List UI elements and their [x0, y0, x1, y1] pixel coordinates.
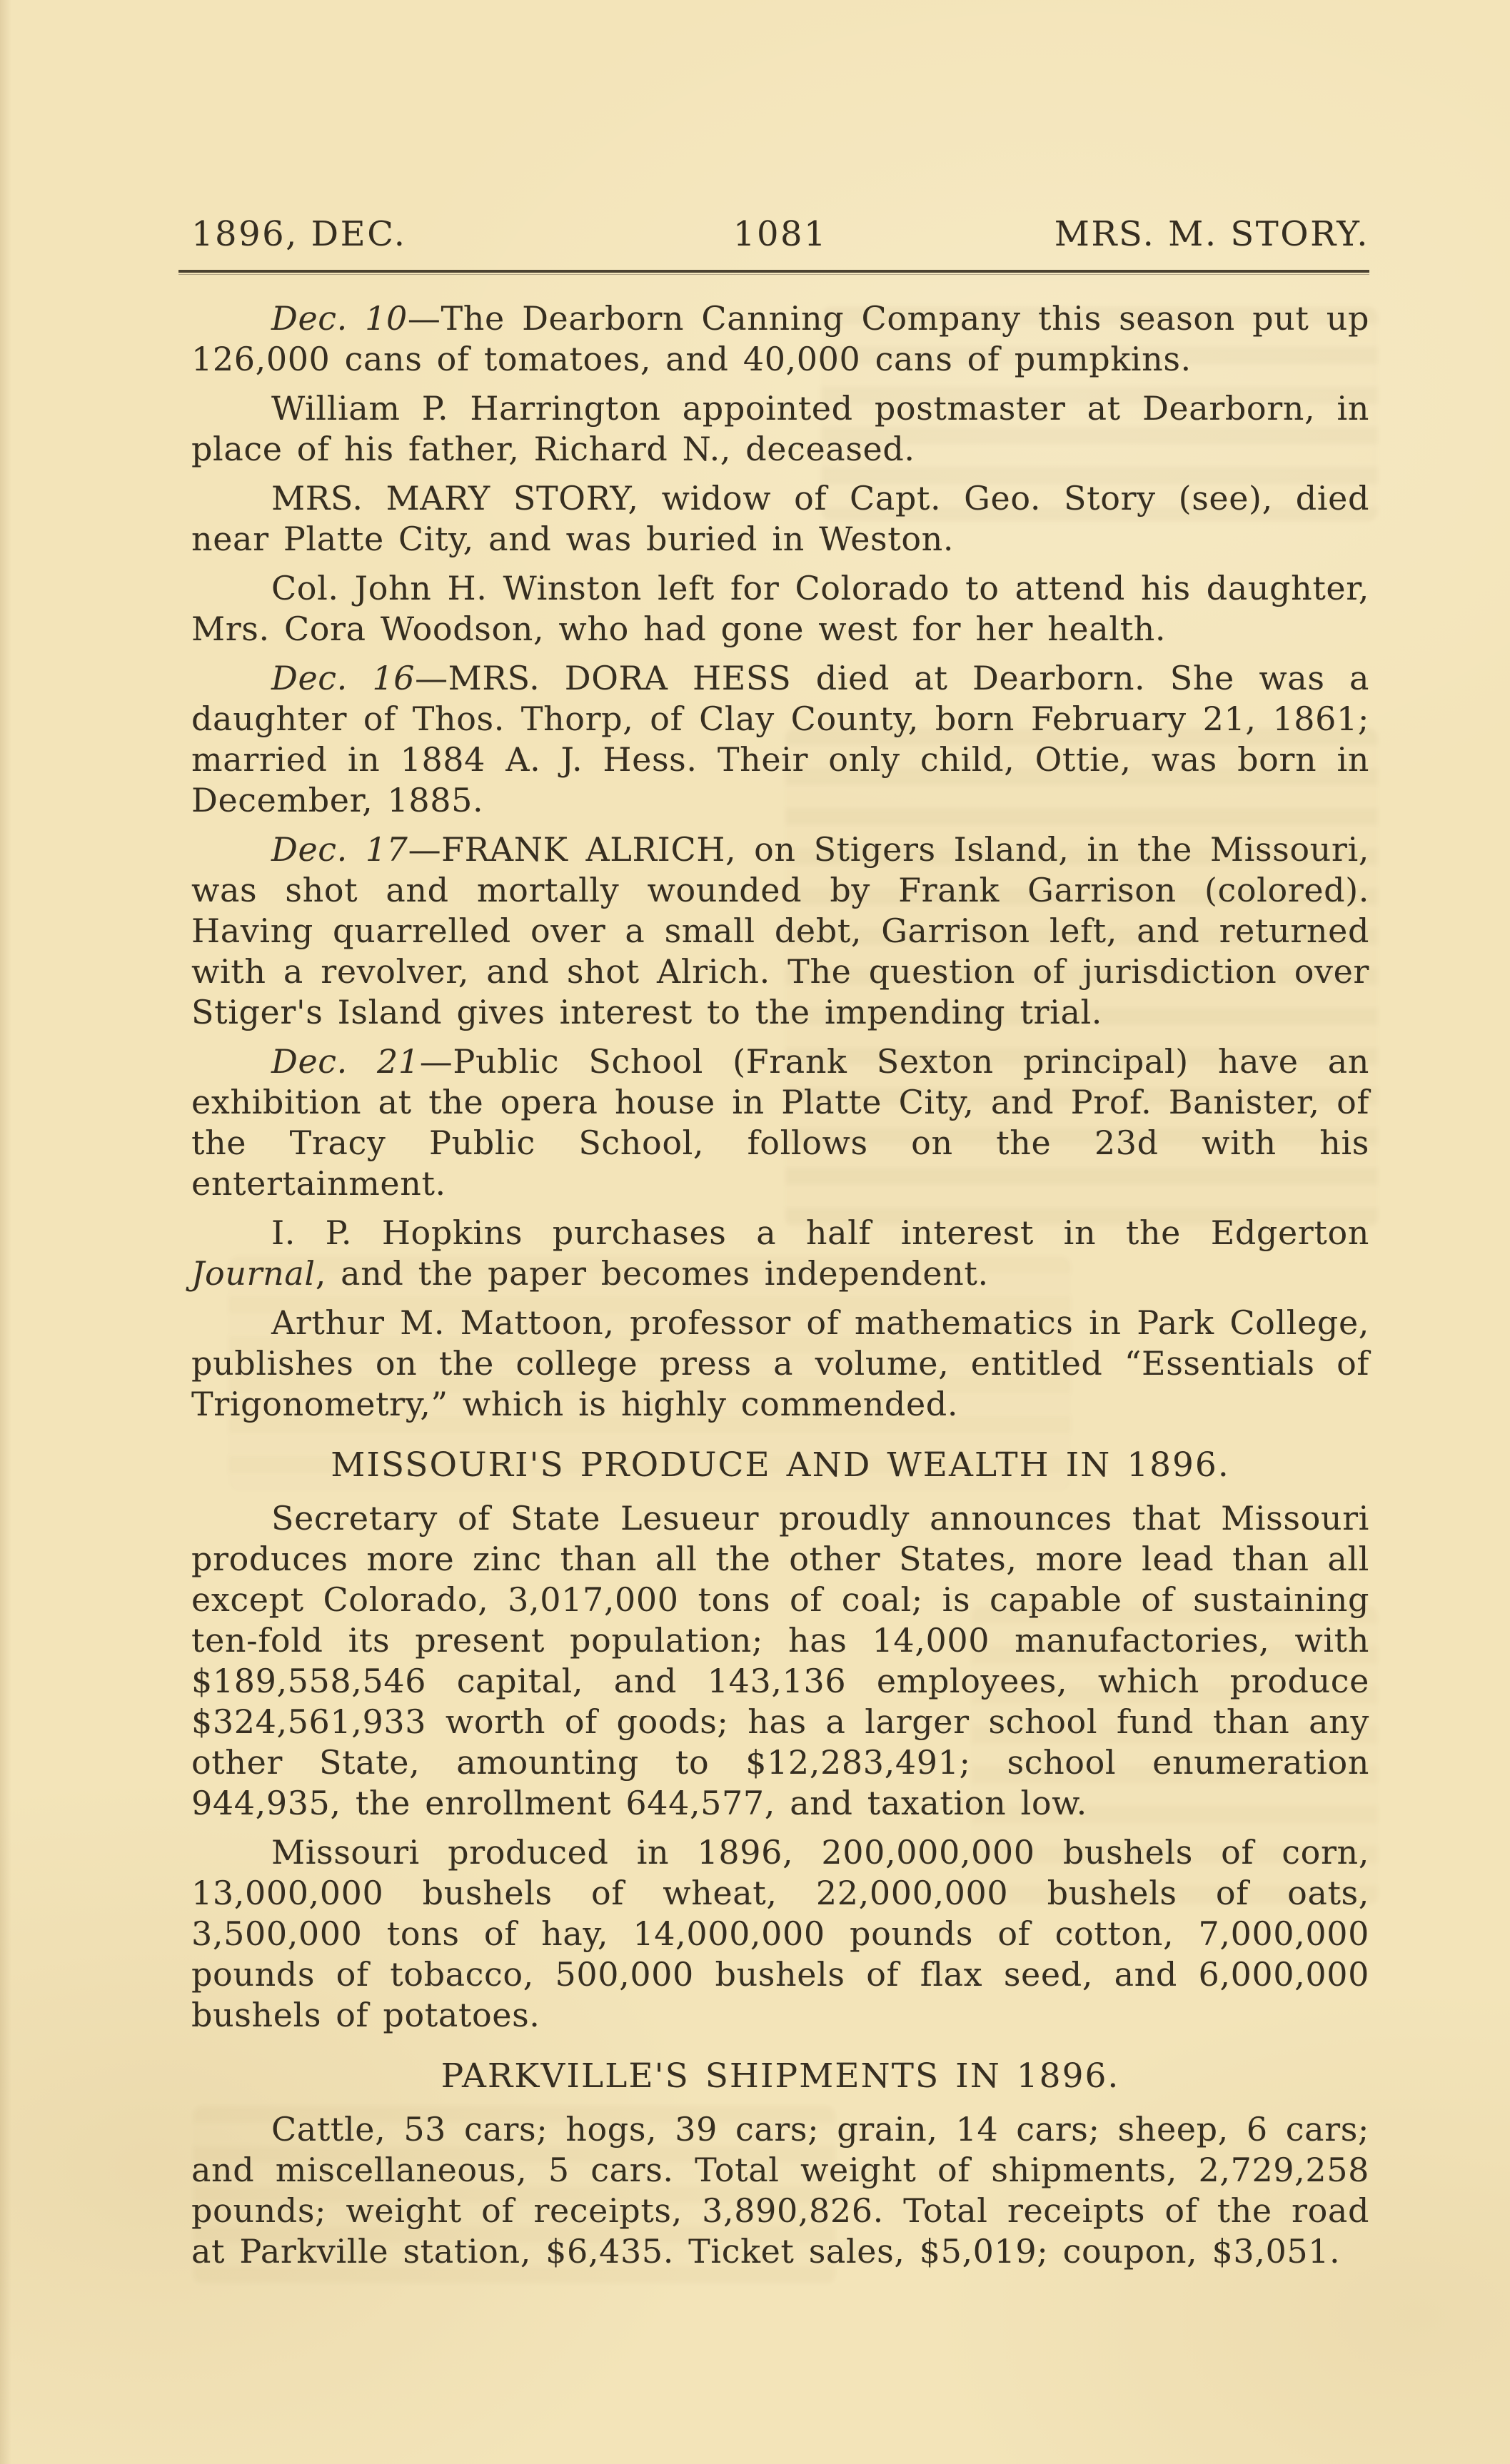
paragraph: Dec. 10—The Dearborn Canning Company thi… [191, 298, 1369, 380]
body-text: MRS. MARY STORY, widow of Capt. Geo. Sto… [191, 479, 1369, 558]
paragraph: Dec. 21—Public School (Frank Sexton prin… [191, 1041, 1369, 1204]
italic-text: Dec. 10 [271, 299, 408, 338]
paragraph: William P. Harrington appointed postmast… [191, 388, 1369, 470]
body-text: Col. John H. Winston left for Colorado t… [191, 569, 1369, 648]
italic-text: Dec. 21 [271, 1042, 420, 1081]
page-number: 1081 [733, 214, 827, 254]
italic-text: Dec. 17 [271, 830, 408, 869]
paragraph: Dec. 16—MRS. DORA HESS died at Dearborn.… [191, 658, 1369, 821]
paragraph: Dec. 17—FRANK ALRICH, on Stigers Island,… [191, 829, 1369, 1033]
body-text: Missouri produced in 1896, 200,000,000 b… [191, 1833, 1369, 2034]
header-title: MRS. M. STORY. [1055, 214, 1369, 254]
paragraph: Col. John H. Winston left for Colorado t… [191, 568, 1369, 650]
text-block: Dec. 10—The Dearborn Canning Company thi… [191, 298, 1369, 2272]
running-header: 1896, DEC. 1081 MRS. M. STORY. [191, 214, 1369, 256]
header-rule [178, 270, 1369, 275]
paragraph: I. P. Hopkins purchases a half interest … [191, 1213, 1369, 1294]
section-heading: PARKVILLE'S SHIPMENTS IN 1896. [191, 2056, 1369, 2096]
section-heading: MISSOURI'S PRODUCE AND WEALTH IN 1896. [191, 1445, 1369, 1485]
italic-text: Journal [191, 1254, 316, 1293]
body-text: Secretary of State Lesueur proudly annou… [191, 1499, 1369, 1822]
paragraph: Cattle, 53 cars; hogs, 39 cars; grain, 1… [191, 2109, 1369, 2272]
body-text: I. P. Hopkins purchases a half interest … [271, 1213, 1369, 1252]
paragraph: Missouri produced in 1896, 200,000,000 b… [191, 1832, 1369, 2036]
body-text: , and the paper becomes independent. [316, 1254, 989, 1293]
header-date: 1896, DEC. [191, 214, 406, 254]
paragraph: MRS. MARY STORY, widow of Capt. Geo. Sto… [191, 478, 1369, 560]
body-text: William P. Harrington appointed postmast… [191, 389, 1369, 468]
italic-text: Dec. 16 [271, 659, 415, 697]
book-page: 1896, DEC. 1081 MRS. M. STORY. Dec. 10—T… [0, 0, 1510, 2464]
paragraph: Arthur M. Mattoon, professor of mathemat… [191, 1303, 1369, 1425]
body-text: Cattle, 53 cars; hogs, 39 cars; grain, 1… [191, 2110, 1369, 2271]
body-text: Arthur M. Mattoon, professor of mathemat… [191, 1303, 1369, 1423]
paragraph: Secretary of State Lesueur proudly annou… [191, 1498, 1369, 1824]
